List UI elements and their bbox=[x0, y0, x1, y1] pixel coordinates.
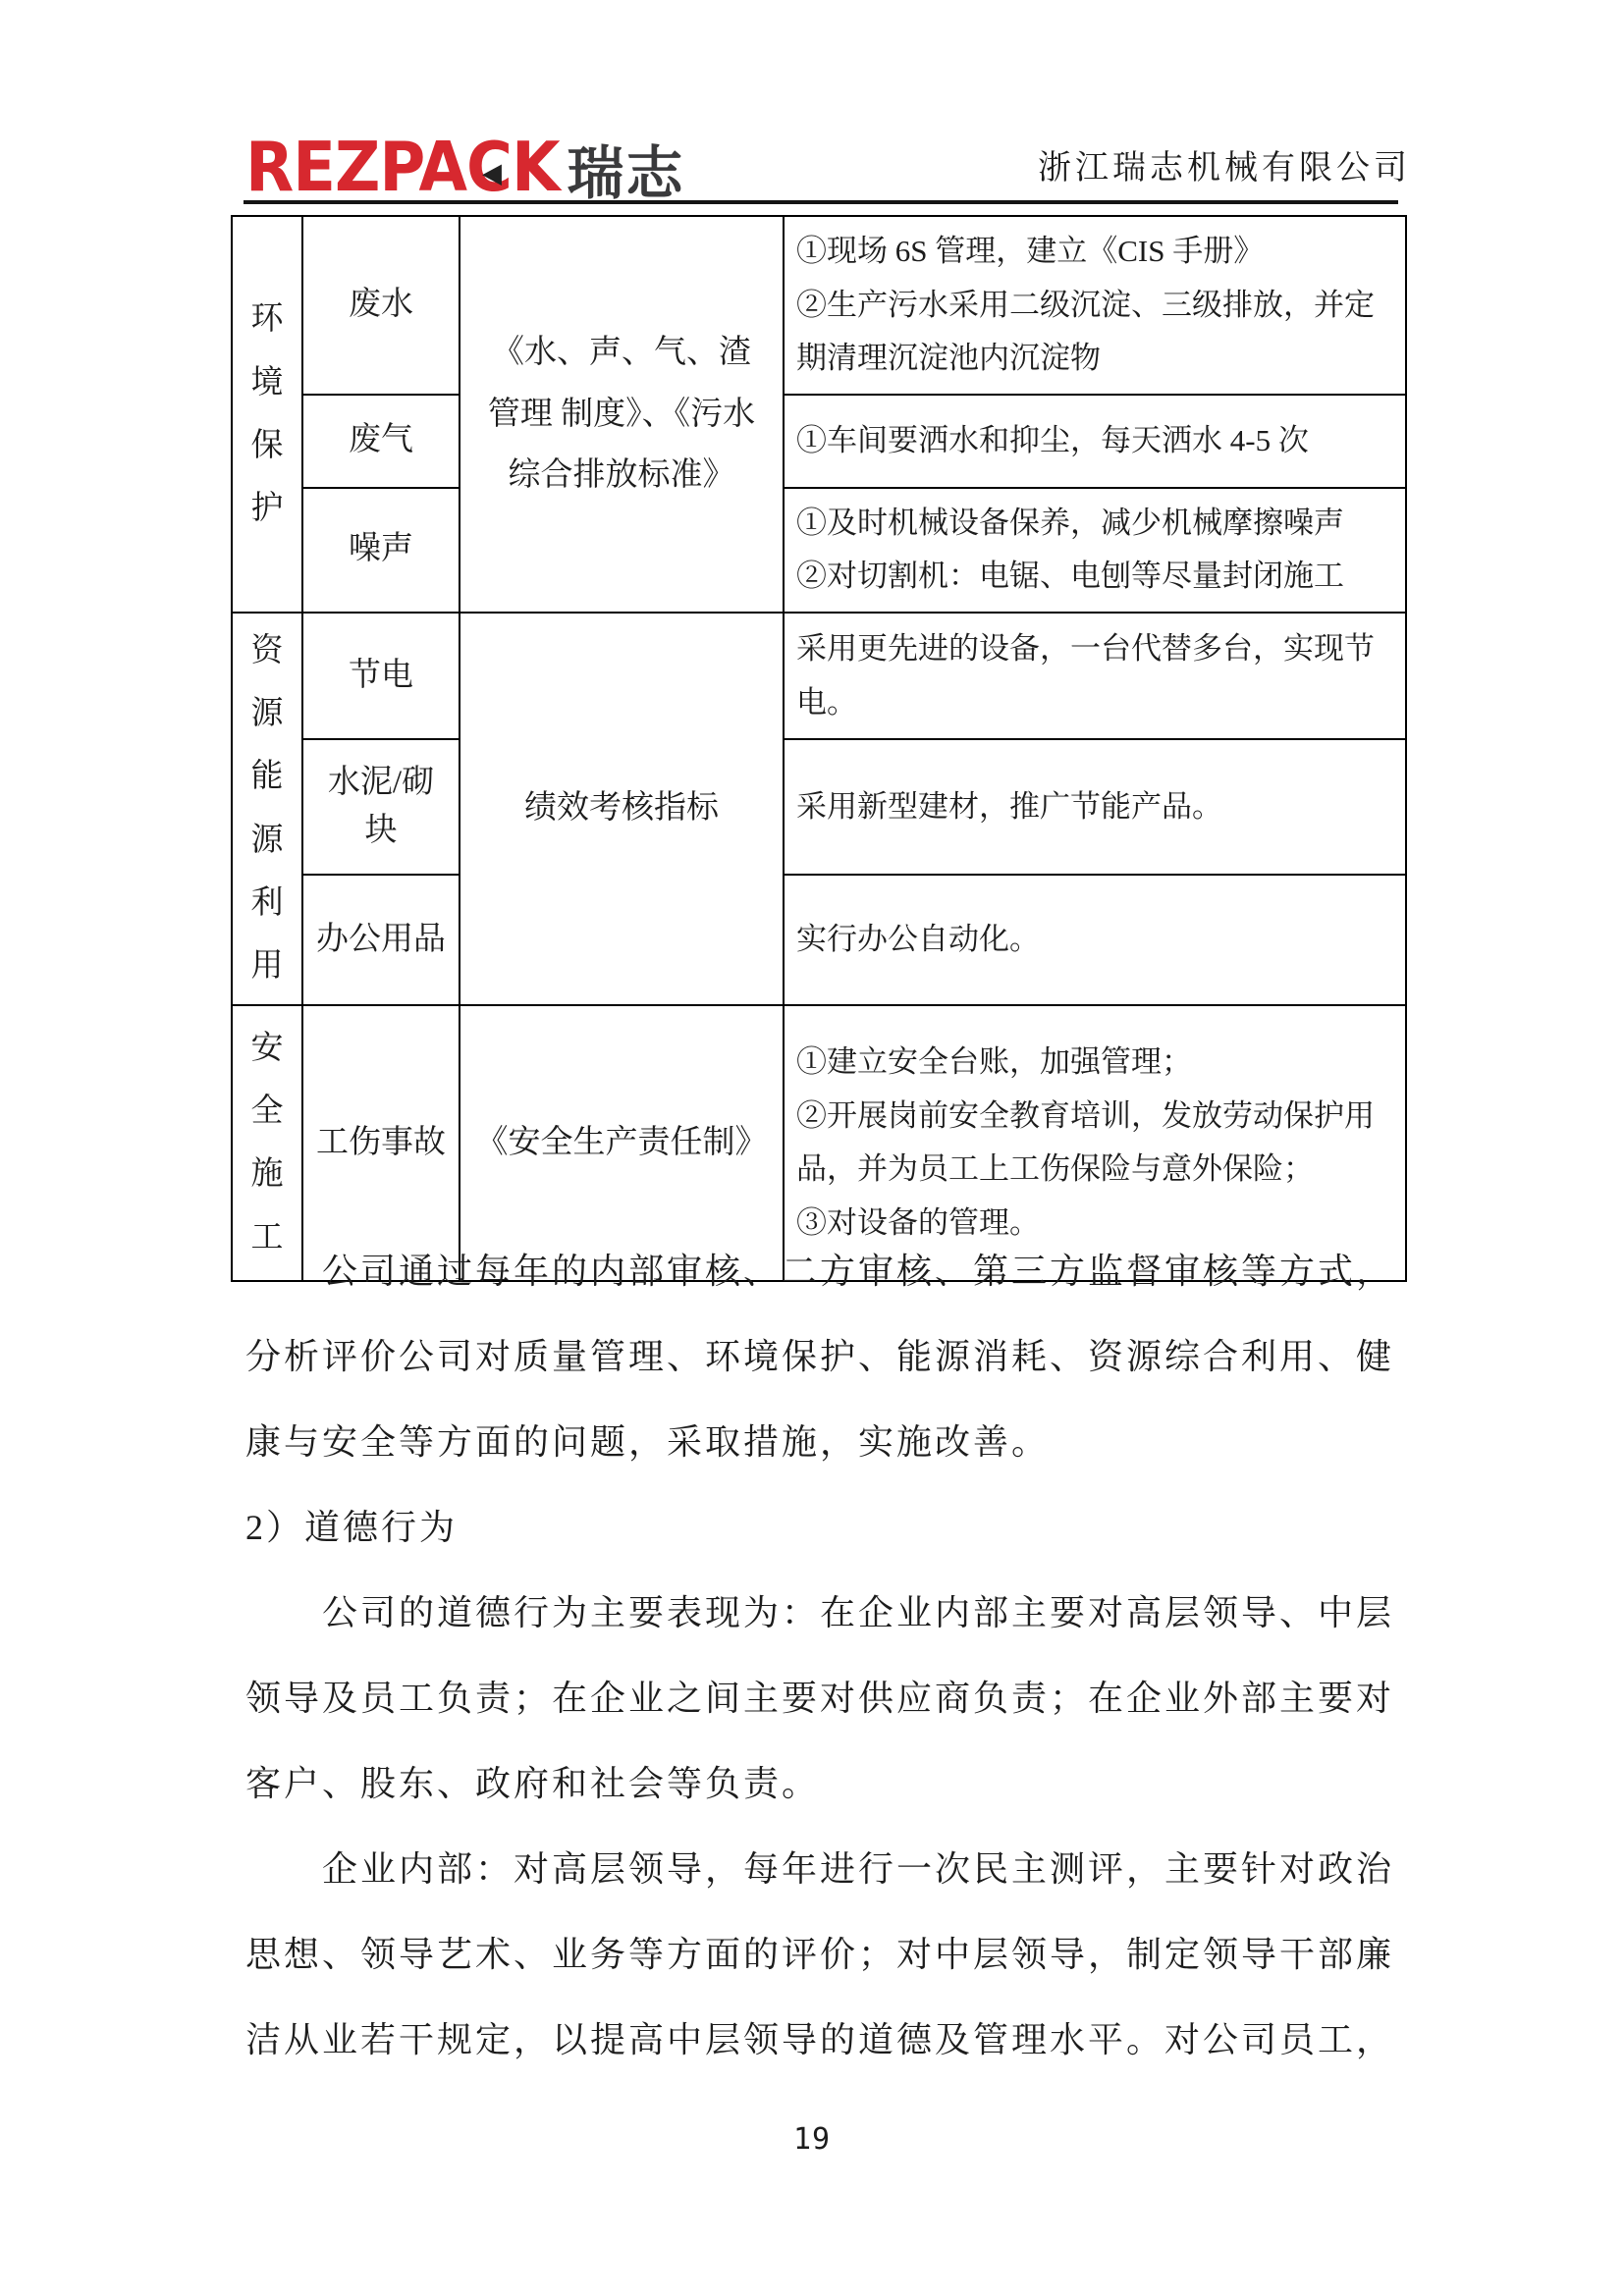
company-logo: REZPAC◀K 瑞志 bbox=[245, 116, 685, 202]
measures-cell: 采用更先进的设备，一台代替多台，实现节电。 bbox=[784, 613, 1406, 740]
measures-cell: ①及时机械设备保养，减少机械摩擦噪声 ②对切割机：电锯、电刨等尽量封闭施工 bbox=[784, 488, 1406, 613]
measures-cell: 实行办公自动化。 bbox=[784, 875, 1406, 1005]
aspect-cell: 办公用品 bbox=[302, 875, 460, 1005]
measures-cell: ①车间要洒水和抑尘，每天洒水 4-5 次 bbox=[784, 395, 1406, 488]
paragraph-internal: 企业内部：对高层领导，每年进行一次民主测评，主要针对政治思想、领导艺术、业务等方… bbox=[245, 1827, 1394, 2083]
logo-rezpack-text: REZPAC◀K bbox=[245, 134, 560, 202]
measures-cell: 采用新型建材，推广节能产品。 bbox=[784, 739, 1406, 875]
paragraph-audit: 公司通过每年的内部审核、二方审核、第三方监督审核等方式，分析评价公司对质量管理、… bbox=[245, 1229, 1394, 1485]
aspect-cell: 水泥/砌块 bbox=[302, 739, 460, 875]
management-measures-table: 环境保护 废水 《水、声、气、渣 管理 制度》、《污水综合排放标准》 ①现场 6… bbox=[231, 215, 1407, 1282]
aspect-cell: 废气 bbox=[302, 395, 460, 488]
measures-cell: ①现场 6S 管理，建立《CIS 手册》 ②生产污水采用二级沉淀、三级排放，并定… bbox=[784, 216, 1406, 395]
logo-arrow-icon: ◀ bbox=[482, 160, 502, 187]
table-row: 噪声 ①及时机械设备保养，减少机械摩擦噪声 ②对切割机：电锯、电刨等尽量封闭施工 bbox=[232, 488, 1406, 613]
body-text: 公司通过每年的内部审核、二方审核、第三方监督审核等方式，分析评价公司对质量管理、… bbox=[245, 1229, 1394, 2083]
category-cell-resources: 资源能源利用 bbox=[232, 613, 302, 1005]
aspect-cell: 废水 bbox=[302, 216, 460, 395]
aspect-cell: 噪声 bbox=[302, 488, 460, 613]
table-row: 水泥/砌块 采用新型建材，推广节能产品。 bbox=[232, 739, 1406, 875]
policy-cell: 《水、声、气、渣 管理 制度》、《污水综合排放标准》 bbox=[460, 216, 784, 613]
policy-cell: 绩效考核指标 bbox=[460, 613, 784, 1005]
header-divider bbox=[244, 200, 1398, 204]
table-row: 环境保护 废水 《水、声、气、渣 管理 制度》、《污水综合排放标准》 ①现场 6… bbox=[232, 216, 1406, 395]
logo-cjk-text: 瑞志 bbox=[568, 144, 685, 202]
heading-ethics: 2）道德行为 bbox=[245, 1485, 1394, 1571]
table-row: 资源能源利用 节电 绩效考核指标 采用更先进的设备，一台代替多台，实现节电。 bbox=[232, 613, 1406, 740]
category-cell-environment: 环境保护 bbox=[232, 216, 302, 613]
document-page: REZPAC◀K 瑞志 浙江瑞志机械有限公司 环境保护 废水 《水、声、气、渣 … bbox=[0, 0, 1624, 2296]
table-row: 办公用品 实行办公自动化。 bbox=[232, 875, 1406, 1005]
paragraph-ethics-overview: 公司的道德行为主要表现为：在企业内部主要对高层领导、中层领导及员工负责；在企业之… bbox=[245, 1571, 1394, 1827]
company-name: 浙江瑞志机械有限公司 bbox=[1038, 149, 1411, 189]
table-row: 废气 ①车间要洒水和抑尘，每天洒水 4-5 次 bbox=[232, 395, 1406, 488]
page-number: 19 bbox=[0, 2122, 1624, 2157]
aspect-cell: 节电 bbox=[302, 613, 460, 740]
